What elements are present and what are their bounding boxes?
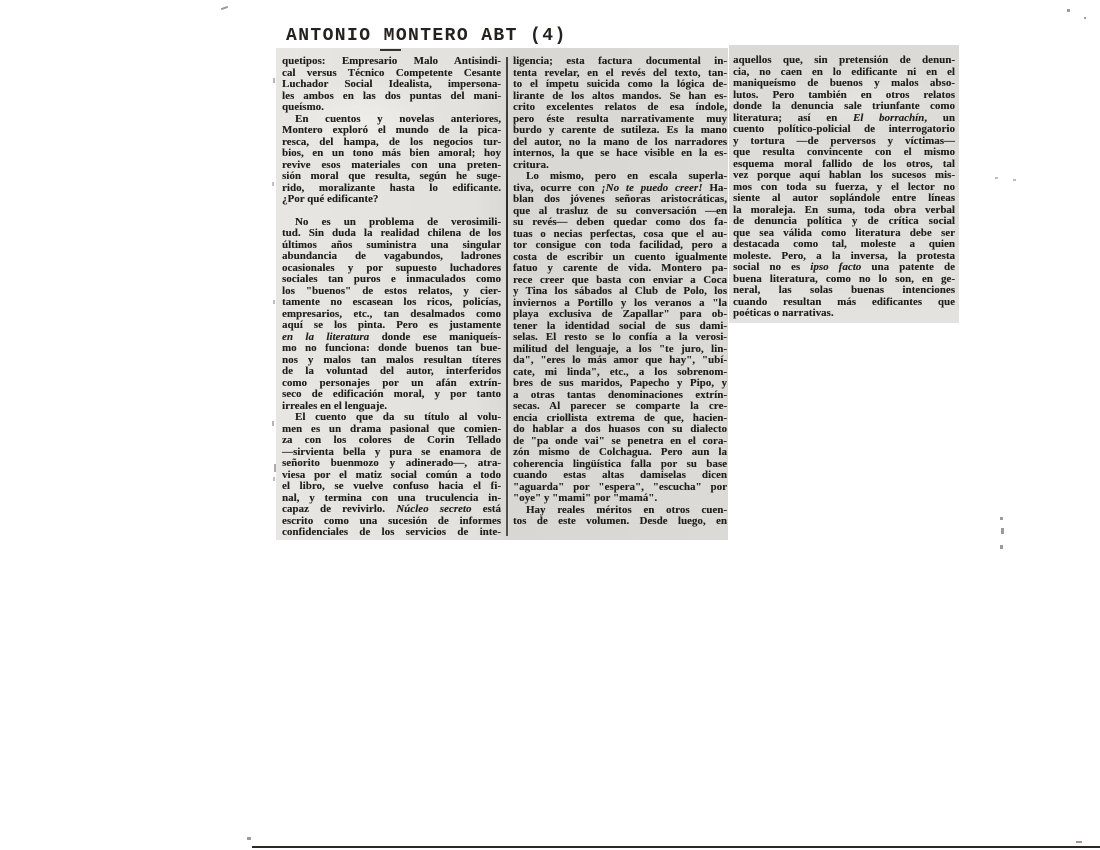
text-line: confidenciales de los servicios de inte-	[282, 527, 501, 539]
scan-mark	[274, 464, 276, 472]
paragraph: quetipos: Empresario Malo Antisindi-cal …	[282, 56, 501, 114]
paragraph: Lo mismo, pero en escala superla-tiva, o…	[513, 171, 727, 505]
scan-mark	[1084, 17, 1086, 19]
scan-mark	[273, 78, 275, 83]
scan-mark	[995, 177, 998, 179]
scanned-page: ANTONIO MONTERO ABT (4) quetipos: Empres…	[0, 0, 1100, 850]
article-column-2: ligencia; esta factura documental in-ten…	[513, 56, 727, 528]
paragraph: aquellos que, sin pretensión de denun-ci…	[733, 55, 955, 320]
article-title: ANTONIO MONTERO ABT (4)	[286, 26, 567, 46]
paragraph: ligencia; esta factura documental in-ten…	[513, 56, 727, 171]
scan-edge-line	[252, 846, 1100, 848]
scan-mark	[1001, 528, 1004, 534]
scan-mark	[272, 421, 274, 426]
column-divider-rule	[506, 57, 508, 536]
title-underline-mark	[380, 49, 401, 51]
scan-mark	[1000, 545, 1003, 549]
scan-mark	[1000, 517, 1003, 520]
article-column-1: quetipos: Empresario Malo Antisindi-cal …	[282, 56, 501, 539]
scan-mark	[1076, 841, 1082, 843]
scan-mark	[1067, 9, 1070, 12]
scan-mark	[272, 182, 274, 186]
text-line: poéticas o narrativas.	[733, 308, 955, 320]
paragraph: En cuentos y novelas anteriores,Montero …	[282, 114, 501, 206]
paragraph: Hay reales méritos en otros cuen-tos de …	[513, 505, 727, 528]
paragraph: El cuento que da su título al volu-men e…	[282, 412, 501, 539]
article-column-3: aquellos que, sin pretensión de denun-ci…	[733, 55, 955, 320]
paragraph: No es un problema de verosimili-tud. Sin…	[282, 217, 501, 413]
text-line: ¿Por qué edificante?	[282, 194, 501, 206]
scan-mark	[1013, 179, 1016, 181]
text-line: tos de este volumen. Desde luego, en	[513, 516, 727, 528]
scan-mark	[273, 477, 275, 481]
scan-mark	[247, 837, 251, 840]
scan-mark	[221, 6, 228, 10]
scan-mark	[273, 300, 275, 304]
